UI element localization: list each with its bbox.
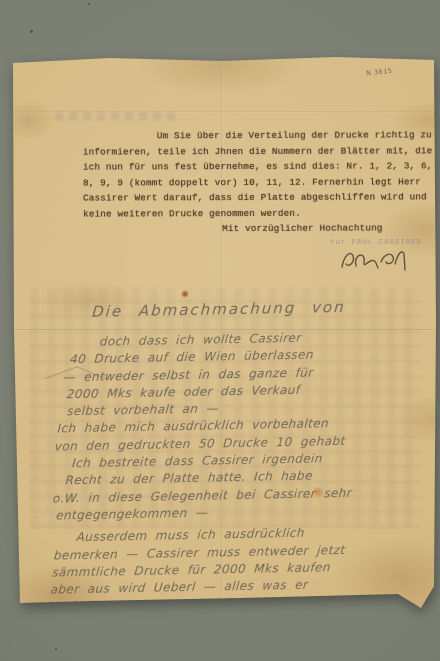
typed-line: ich nun für uns fest übernehme, es sind … [83, 158, 419, 175]
typed-closing-line: Mit vorzüglicher Hochachtung [83, 220, 419, 237]
typed-line: keine weiteren Drucke genommen werden. [83, 205, 419, 222]
paper-shadow: N 3615 Um Sie über die Verteilung der Dr… [0, 0, 440, 661]
bleedthrough-text [55, 112, 175, 121]
signature-scrawl [338, 245, 410, 277]
typed-line: informieren, teile ich Jhnen die Nummern… [83, 143, 419, 160]
photo-backdrop: N 3615 Um Sie über die Verteilung der Dr… [0, 0, 440, 661]
inventory-mark: N 3615 [366, 67, 393, 78]
typed-line: Um Sie über die Verteilung der Drucke ri… [83, 127, 419, 144]
typed-letter-block: Um Sie über die Verteilung der Drucke ri… [83, 127, 419, 237]
handwritten-line: Die Abmachmachung von [91, 292, 430, 325]
handwritten-note-block: Die Abmachmachung von doch dass ich woll… [37, 292, 435, 616]
typed-line: 8, 9, 9 (kommt doppelt vor) 10, 11, 12. … [83, 174, 419, 191]
typed-line: Cassirer Wert darauf, dass die Platte ab… [83, 189, 419, 206]
letter-paper: N 3615 Um Sie über die Verteilung der Dr… [0, 0, 440, 661]
